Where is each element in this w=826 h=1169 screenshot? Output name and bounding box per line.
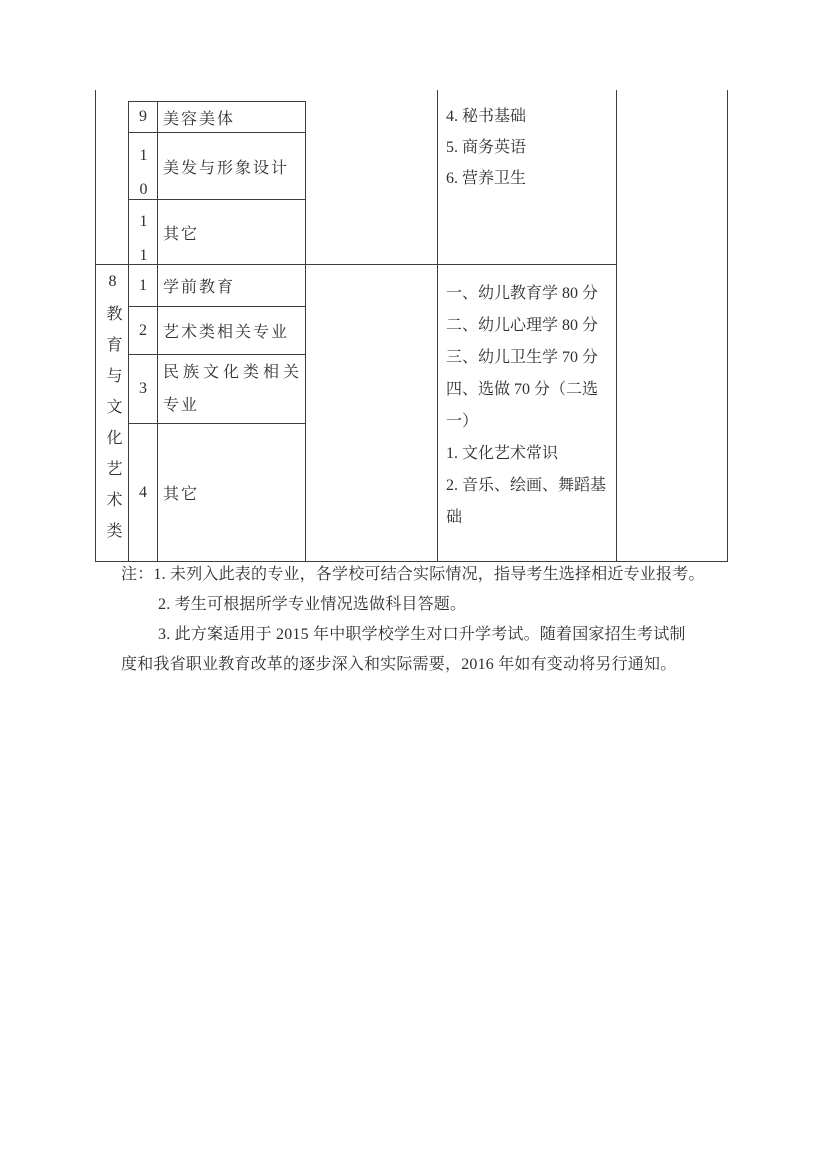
- table-border-col-subjects-end: [616, 90, 617, 561]
- table-cell-row-number: 3: [129, 355, 157, 423]
- note-line-3: 3. 此方案适用于 2015 年中职学校学生对口升学考试。随着国家招生考试制: [158, 620, 686, 650]
- document-page: 9 美容美体 10 美发与形象设计 11 其它 4. 秘书基础 5. 商务英语 …: [0, 0, 826, 1169]
- table-cell-major-name: 学前教育: [163, 265, 304, 306]
- exam-subjects-section7: 4. 秘书基础 5. 商务英语 6. 营养卫生: [446, 101, 526, 194]
- table-border-col-major: [157, 101, 158, 561]
- table-border-right: [727, 90, 728, 561]
- exam-subject-line: 二、幼儿心理学 80 分: [446, 310, 606, 342]
- table-cell-major-name: 艺术类相关专业: [163, 307, 304, 354]
- table-cell-category: 8教育与文化艺术类: [96, 264, 128, 561]
- note-line-1: 注：1. 未列入此表的专业，各学校可结合实际情况，指导考生选择相近专业报考。: [121, 560, 705, 590]
- note-line-4: 度和我省职业教育改革的逐步深入和实际需要，2016 年如有变动将另行通知。: [121, 650, 676, 680]
- exam-subject-line: 5. 商务英语: [446, 132, 526, 163]
- exam-subject-line: 三、幼儿卫生学 70 分: [446, 342, 606, 374]
- exam-subjects-section8: 一、幼儿教育学 80 分 二、幼儿心理学 80 分 三、幼儿卫生学 70 分 四…: [446, 278, 606, 534]
- table-cell-row-number: 1: [129, 265, 157, 306]
- table-cell-major-name: 美容美体: [163, 102, 304, 132]
- table-cell-major-name: 民族文化类相关专业: [163, 356, 301, 422]
- exam-subject-line: 础: [446, 502, 606, 534]
- exam-subject-line: 1. 文化艺术常识: [446, 438, 606, 470]
- table-cell-major-name: 美发与形象设计: [163, 133, 304, 199]
- exam-subject-line: 2. 音乐、绘画、舞蹈基: [446, 470, 606, 502]
- exam-subject-line: 4. 秘书基础: [446, 101, 526, 132]
- exam-subject-line: 一、幼儿教育学 80 分: [446, 278, 606, 310]
- exam-subject-line: 四、选做 70 分（二选: [446, 374, 606, 406]
- table-cell-row-number: 2: [129, 307, 157, 354]
- table-border-col-major-end: [305, 101, 306, 561]
- note-line-2: 2. 考生可根据所学专业情况选做科目答题。: [158, 590, 466, 620]
- table-border-col-subjects: [437, 90, 438, 561]
- category-label: 教育与文化艺术类: [104, 305, 121, 553]
- exam-subject-line: 一）: [446, 406, 606, 438]
- exam-subject-line: 6. 营养卫生: [446, 163, 526, 194]
- table-cell-major-name: 其它: [163, 200, 304, 264]
- table-cell-row-number: 9: [129, 102, 157, 132]
- category-number: 8: [104, 273, 121, 305]
